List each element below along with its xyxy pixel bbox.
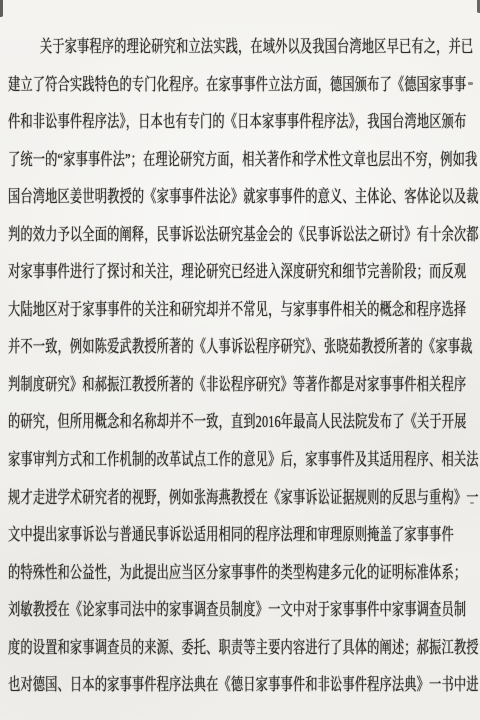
text-line-13: 规才走进学术研究者的视野，例如张海燕教授在《家事诉讼证据规则的反思与重构》一 (8, 479, 346, 517)
text-line-16: 刘敏教授在《论家事司法中的家事调查员制度》一文中对于家事事件中家事调查员制 (8, 591, 346, 629)
text-line-4: 了统一的“家事事件法”；在理论研究方面，相关著作和学术性文章也层出不穷，例如我 (8, 141, 346, 179)
text-line-2: 建立了符合实践特色的专门化程序。在家事事件立法方面，德国颁布了《德国家事事 (8, 66, 346, 104)
text-line-18: 也对德国、日本的家事事件程序法典在《德日家事事件和非讼事件程序法典》一书中进 (8, 666, 346, 704)
text-line-8: 大陆地区对于家事事件的关注和研究却并不常见，与家事事件相关的概念和程序选择 (8, 291, 346, 329)
text-line-17: 度的设置和家事调查员的来源、委托、职责等主要内容进行了具体的阐述；郝振江教授 (8, 629, 346, 667)
text-line-3: 件和非讼事件程序法》，日本也有专门的《日本家事事件程序法》，我国台湾地区颁布 (8, 103, 346, 141)
scanned-document-page: 关于家事程序的理论研究和立法实践，在域外以及我国台湾地区早已有之，并已 建立了符… (0, 0, 480, 720)
text-line-11: 的研究，但所用概念和名称却并不一致，直到2016年最高人民法院发布了《关于开展 (8, 403, 346, 441)
text-line-10: 判制度研究》和郝振江教授所著的《非讼程序研究》等著作都是对家事事件相关程序 (8, 366, 346, 404)
text-line-7: 对家事事件进行了探讨和关注，理论研究已经进入深度研究和细节完善阶段；而反观 (8, 253, 346, 291)
text-line-1: 关于家事程序的理论研究和立法实践，在域外以及我国台湾地区早已有之，并已 (8, 28, 346, 66)
text-line-9: 并不一致，例如陈爱武教授所著的《人事诉讼程序研究》、张晓茹教授所著的《家事裁 (8, 328, 346, 366)
text-line-5: 国台湾地区姜世明教授的《家事事件法论》就家事事件的意义、主体论、客体论以及裁 (8, 178, 346, 216)
text-line-14: 文中提出家事诉讼与普通民事诉讼适用相同的程序法理和审理原则掩盖了家事事件 (8, 516, 346, 554)
text-line-12: 家事审判方式和工作机制的改革试点工作的意见》后，家事事件及其适用程序、相关法 (8, 441, 346, 479)
text-line-6: 判的效力予以全面的阐释，民事诉讼法研究基金会的《民事诉讼法之研讨》有十余次都 (8, 216, 346, 254)
text-line-15: 的特殊性和公益性，为此提出应当区分家事事件的类型构建多元化的证明标准体系； (8, 554, 346, 592)
scan-artifact-top-left (0, 0, 3, 17)
body-paragraph: 关于家事程序的理论研究和立法实践，在域外以及我国台湾地区早已有之，并已 建立了符… (8, 28, 478, 704)
